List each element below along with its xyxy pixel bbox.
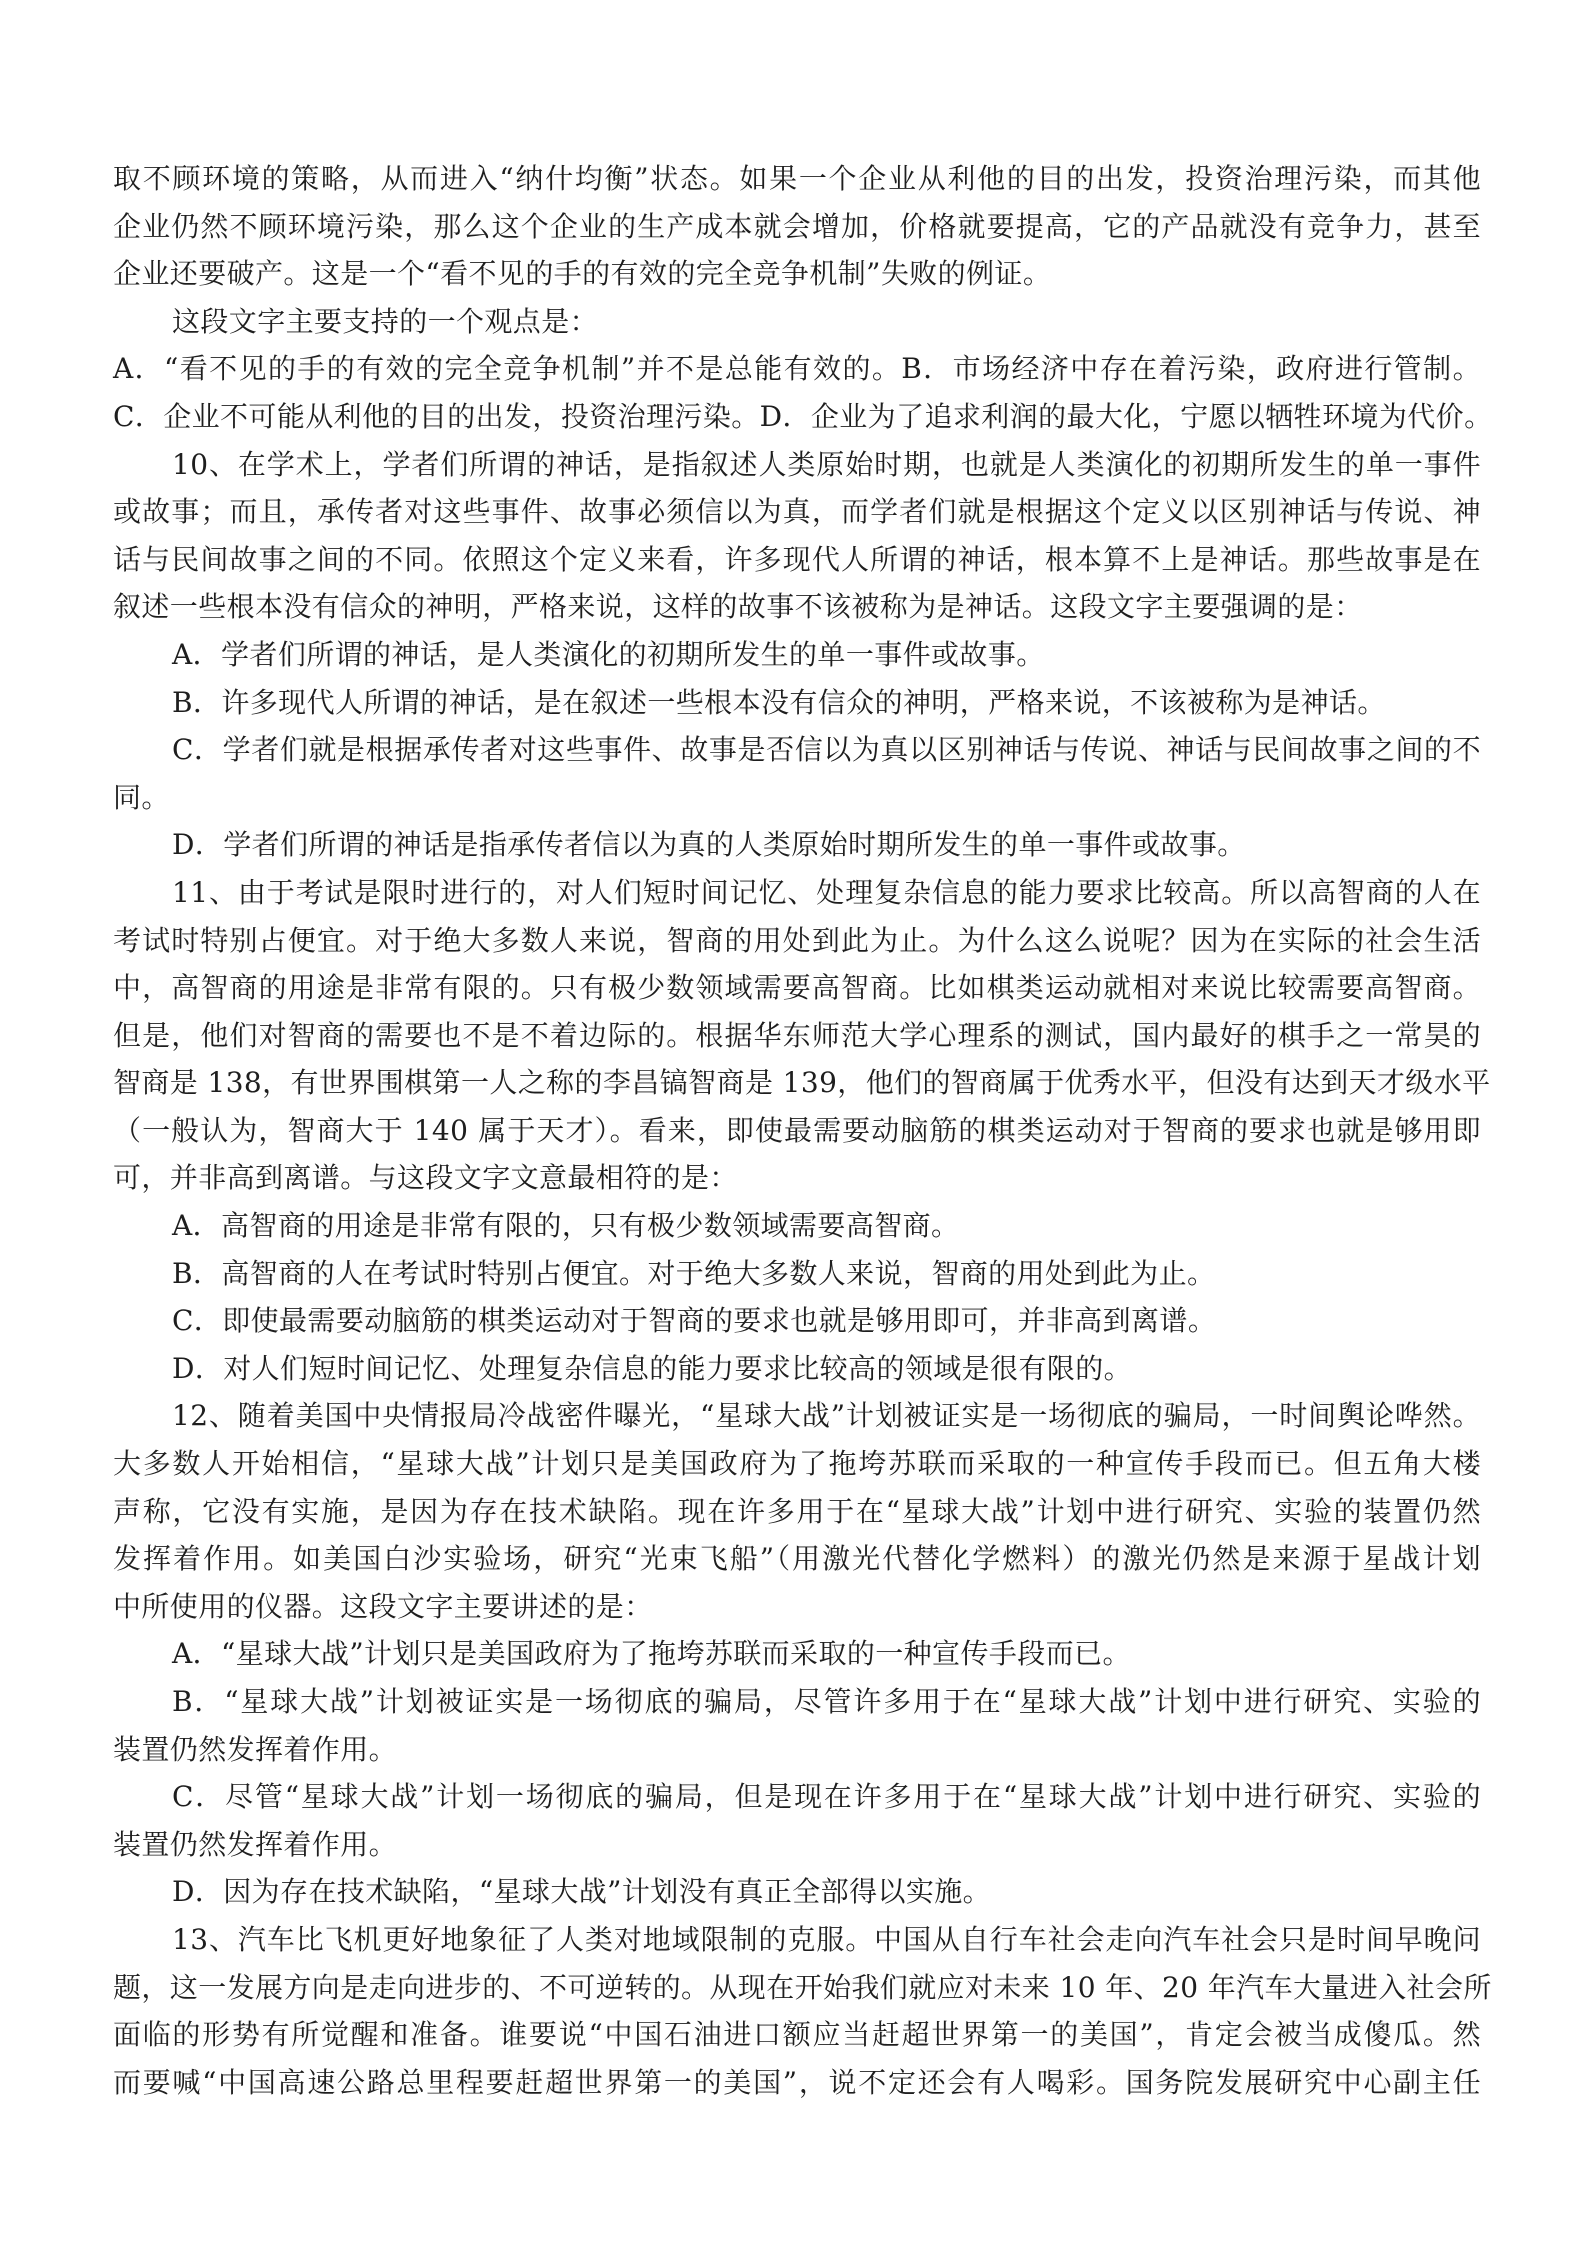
passage-line: 企业仍然不顾环境污染，那么这个企业的生产成本就会增加，价格就要提高，它的产品就没… [113,203,1481,251]
passage-line: 12、随着美国中央情报局冷战密件曝光，“星球大战”计划被证实是一场彻底的骗局，一… [113,1392,1481,1440]
question-prompt: 这段文字主要支持的一个观点是： [113,298,1481,346]
option-line-c-d: C．企业不可能从利他的目的出发，投资治理污染。D．企业为了追求利润的最大化，宁愿… [113,393,1481,441]
passage-line: 可，并非高到离谱。与这段文字文意最相符的是： [113,1154,1481,1202]
question-9-continued: 取不顾环境的策略，从而进入“纳什均衡”状态。如果一个企业从利他的目的出发，投资治… [113,155,1481,441]
passage-line: 大多数人开始相信，“星球大战”计划只是美国政府为了拖垮苏联而采取的一种宣传手段而… [113,1440,1481,1488]
passage-line: 10、在学术上，学者们所谓的神话，是指叙述人类原始时期，也就是人类演化的初期所发… [113,441,1481,489]
passage-line: 取不顾环境的策略，从而进入“纳什均衡”状态。如果一个企业从利他的目的出发，投资治… [113,155,1481,203]
option-c: C．即使最需要动脑筋的棋类运动对于智商的要求也就是够用即可，并非高到离谱。 [113,1297,1481,1345]
page-content: 取不顾环境的策略，从而进入“纳什均衡”状态。如果一个企业从利他的目的出发，投资治… [113,155,1481,2106]
option-c: C．尽管“星球大战”计划一场彻底的骗局，但是现在许多用于在“星球大战”计划中进行… [113,1773,1481,1821]
option-d: D．对人们短时间记忆、处理复杂信息的能力要求比较高的领域是很有限的。 [113,1345,1481,1393]
passage-line: 中所使用的仪器。这段文字主要讲述的是： [113,1583,1481,1631]
passage-line: 智商是 138，有世界围棋第一人之称的李昌镐智商是 139，他们的智商属于优秀水… [113,1059,1481,1107]
option-b-continued: 装置仍然发挥着作用。 [113,1726,1481,1774]
passage-line: 而要喊“中国高速公路总里程要赶超世界第一的美国”，说不定还会有人喝彩。国务院发展… [113,2059,1481,2107]
option-a: A．高智商的用途是非常有限的，只有极少数领域需要高智商。 [113,1202,1481,1250]
passage-line: 题，这一发展方向是走向进步的、不可逆转的。从现在开始我们就应对未来 10 年、2… [113,1964,1481,2012]
passage-line: 但是，他们对智商的需要也不是不着边际的。根据华东师范大学心理系的测试，国内最好的… [113,1012,1481,1060]
passage-line: 面临的形势有所觉醒和准备。谁要说“中国石油进口额应当赶超世界第一的美国”，肯定会… [113,2011,1481,2059]
option-d: D．因为存在技术缺陷，“星球大战”计划没有真正全部得以实施。 [113,1868,1481,1916]
question-11: 11、由于考试是限时进行的，对人们短时间记忆、处理复杂信息的能力要求比较高。所以… [113,869,1481,1393]
option-c: C．学者们就是根据承传者对这些事件、故事是否信以为真以区别神话与传说、神话与民间… [113,726,1481,774]
passage-line: （一般认为，智商大于 140 属于天才）。看来，即使最需要动脑筋的棋类运动对于智… [113,1107,1481,1155]
passage-line: 或故事；而且，承传者对这些事件、故事必须信以为真，而学者们就是根据这个定义以区别… [113,488,1481,536]
document-page: 取不顾环境的策略，从而进入“纳什均衡”状态。如果一个企业从利他的目的出发，投资治… [0,0,1594,2252]
passage-line: 考试时特别占便宜。对于绝大多数人来说，智商的用处到此为止。为什么这么说呢？因为在… [113,917,1481,965]
passage-line: 11、由于考试是限时进行的，对人们短时间记忆、处理复杂信息的能力要求比较高。所以… [113,869,1481,917]
passage-line: 13、汽车比飞机更好地象征了人类对地域限制的克服。中国从自行车社会走向汽车社会只… [113,1916,1481,1964]
option-b: B．高智商的人在考试时特别占便宜。对于绝大多数人来说，智商的用处到此为止。 [113,1250,1481,1298]
option-line-a-b: A．“看不见的手的有效的完全竞争机制”并不是总能有效的。B．市场经济中存在着污染… [113,345,1481,393]
passage-line: 发挥着作用。如美国白沙实验场，研究“光束飞船”（用激光代替化学燃料）的激光仍然是… [113,1535,1481,1583]
passage-line: 话与民间故事之间的不同。依照这个定义来看，许多现代人所谓的神话，根本算不上是神话… [113,536,1481,584]
option-a: A．学者们所谓的神话，是人类演化的初期所发生的单一事件或故事。 [113,631,1481,679]
passage-line: 叙述一些根本没有信众的神明，严格来说，这样的故事不该被称为是神话。这段文字主要强… [113,583,1481,631]
option-d: D．学者们所谓的神话是指承传者信以为真的人类原始时期所发生的单一事件或故事。 [113,821,1481,869]
option-c-continued: 同。 [113,774,1481,822]
option-b: B．许多现代人所谓的神话，是在叙述一些根本没有信众的神明，严格来说，不该被称为是… [113,679,1481,727]
question-13: 13、汽车比飞机更好地象征了人类对地域限制的克服。中国从自行车社会走向汽车社会只… [113,1916,1481,2106]
option-b: B．“星球大战”计划被证实是一场彻底的骗局，尽管许多用于在“星球大战”计划中进行… [113,1678,1481,1726]
option-c-continued: 装置仍然发挥着作用。 [113,1821,1481,1869]
passage-line: 中，高智商的用途是非常有限的。只有极少数领域需要高智商。比如棋类运动就相对来说比… [113,964,1481,1012]
option-a: A．“星球大战”计划只是美国政府为了拖垮苏联而采取的一种宣传手段而已。 [113,1630,1481,1678]
question-10: 10、在学术上，学者们所谓的神话，是指叙述人类原始时期，也就是人类演化的初期所发… [113,441,1481,869]
question-12: 12、随着美国中央情报局冷战密件曝光，“星球大战”计划被证实是一场彻底的骗局，一… [113,1392,1481,1916]
passage-line: 声称，它没有实施，是因为存在技术缺陷。现在许多用于在“星球大战”计划中进行研究、… [113,1488,1481,1536]
passage-line: 企业还要破产。这是一个“看不见的手的有效的完全竞争机制”失败的例证。 [113,250,1481,298]
